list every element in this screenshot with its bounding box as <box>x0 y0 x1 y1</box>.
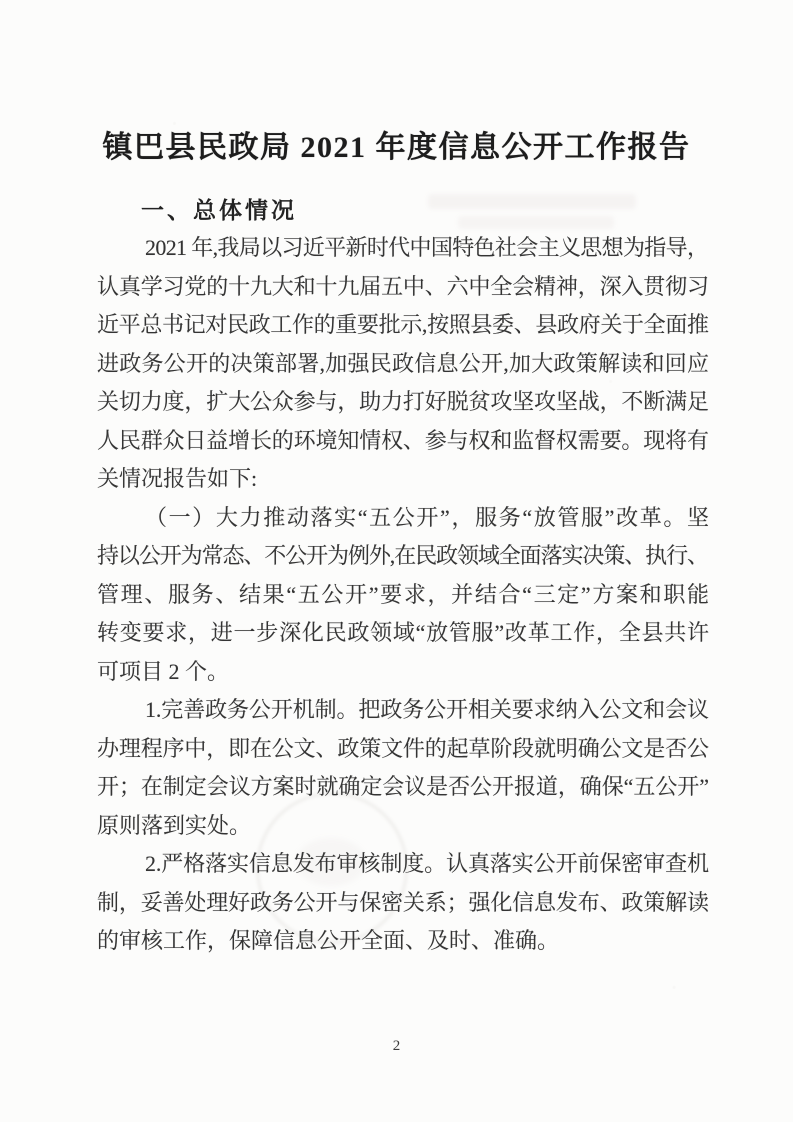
body-line: 开；在制定会议方案时就确定会议是否公开报道，确保“五公开” <box>97 768 709 807</box>
body-line: 认真学习党的十九大和十九届五中、六中全会精神，深入贯彻习 <box>97 268 709 307</box>
body-line: 原则落到实处。 <box>97 807 709 846</box>
body-line: 2021 年,我局以习近平新时代中国特色社会主义思想为指导， <box>97 229 709 268</box>
bleedthrough-artifact <box>458 216 614 229</box>
body-line: 关情况报告如下: <box>97 460 709 499</box>
body-line: 2.严格落实信息发布审核制度。认真落实公开前保密审查机 <box>97 845 709 884</box>
body-line: 的审核工作，保障信息公开全面、及时、准确。 <box>97 922 709 961</box>
body-line: 办理程序中，即在公文、政策文件的起草阶段就明确公文是否公 <box>97 730 709 769</box>
body-line: 持以公开为常态、不公开为例外,在民政领域全面落实决策、执行、 <box>97 537 709 576</box>
body-line: 制，妥善处理好政务公开与保密关系；强化信息发布、政策解读 <box>97 884 709 923</box>
body-line: 关切力度，扩大公众参与，助力打好脱贫攻坚攻坚战，不断满足 <box>97 383 709 422</box>
body-text: 2021 年,我局以习近平新时代中国特色社会主义思想为指导，认真学习党的十九大和… <box>97 229 709 961</box>
document-title: 镇巴县民政局 2021 年度信息公开工作报告 <box>0 122 793 166</box>
section-heading: 一、总体情况 <box>141 192 297 225</box>
body-line: 管理、服务、结果“五公开”要求，并结合“三定”方案和职能 <box>97 576 709 615</box>
document-page: 镇巴县民政局 2021 年度信息公开工作报告 一、总体情况 2021 年,我局以… <box>0 0 793 1122</box>
body-line: 1.完善政务公开机制。把政务公开相关要求纳入公文和会议 <box>97 691 709 730</box>
page-number: 2 <box>0 1038 793 1055</box>
body-line: 转变要求，进一步深化民政领域“放管服”改革工作，全县共许 <box>97 614 709 653</box>
bleedthrough-artifact <box>428 194 636 209</box>
body-line: （一）大力推动落实“五公开”，服务“放管服”改革。坚 <box>97 499 709 538</box>
body-line: 近平总书记对民政工作的重要批示,按照县委、县政府关于全面推 <box>97 306 709 345</box>
body-line: 可项目 2 个。 <box>97 653 709 692</box>
body-line: 进政务公开的决策部署,加强民政信息公开,加大政策解读和回应 <box>97 345 709 384</box>
body-line: 人民群众日益增长的环境知情权、参与权和监督权需要。现将有 <box>97 422 709 461</box>
